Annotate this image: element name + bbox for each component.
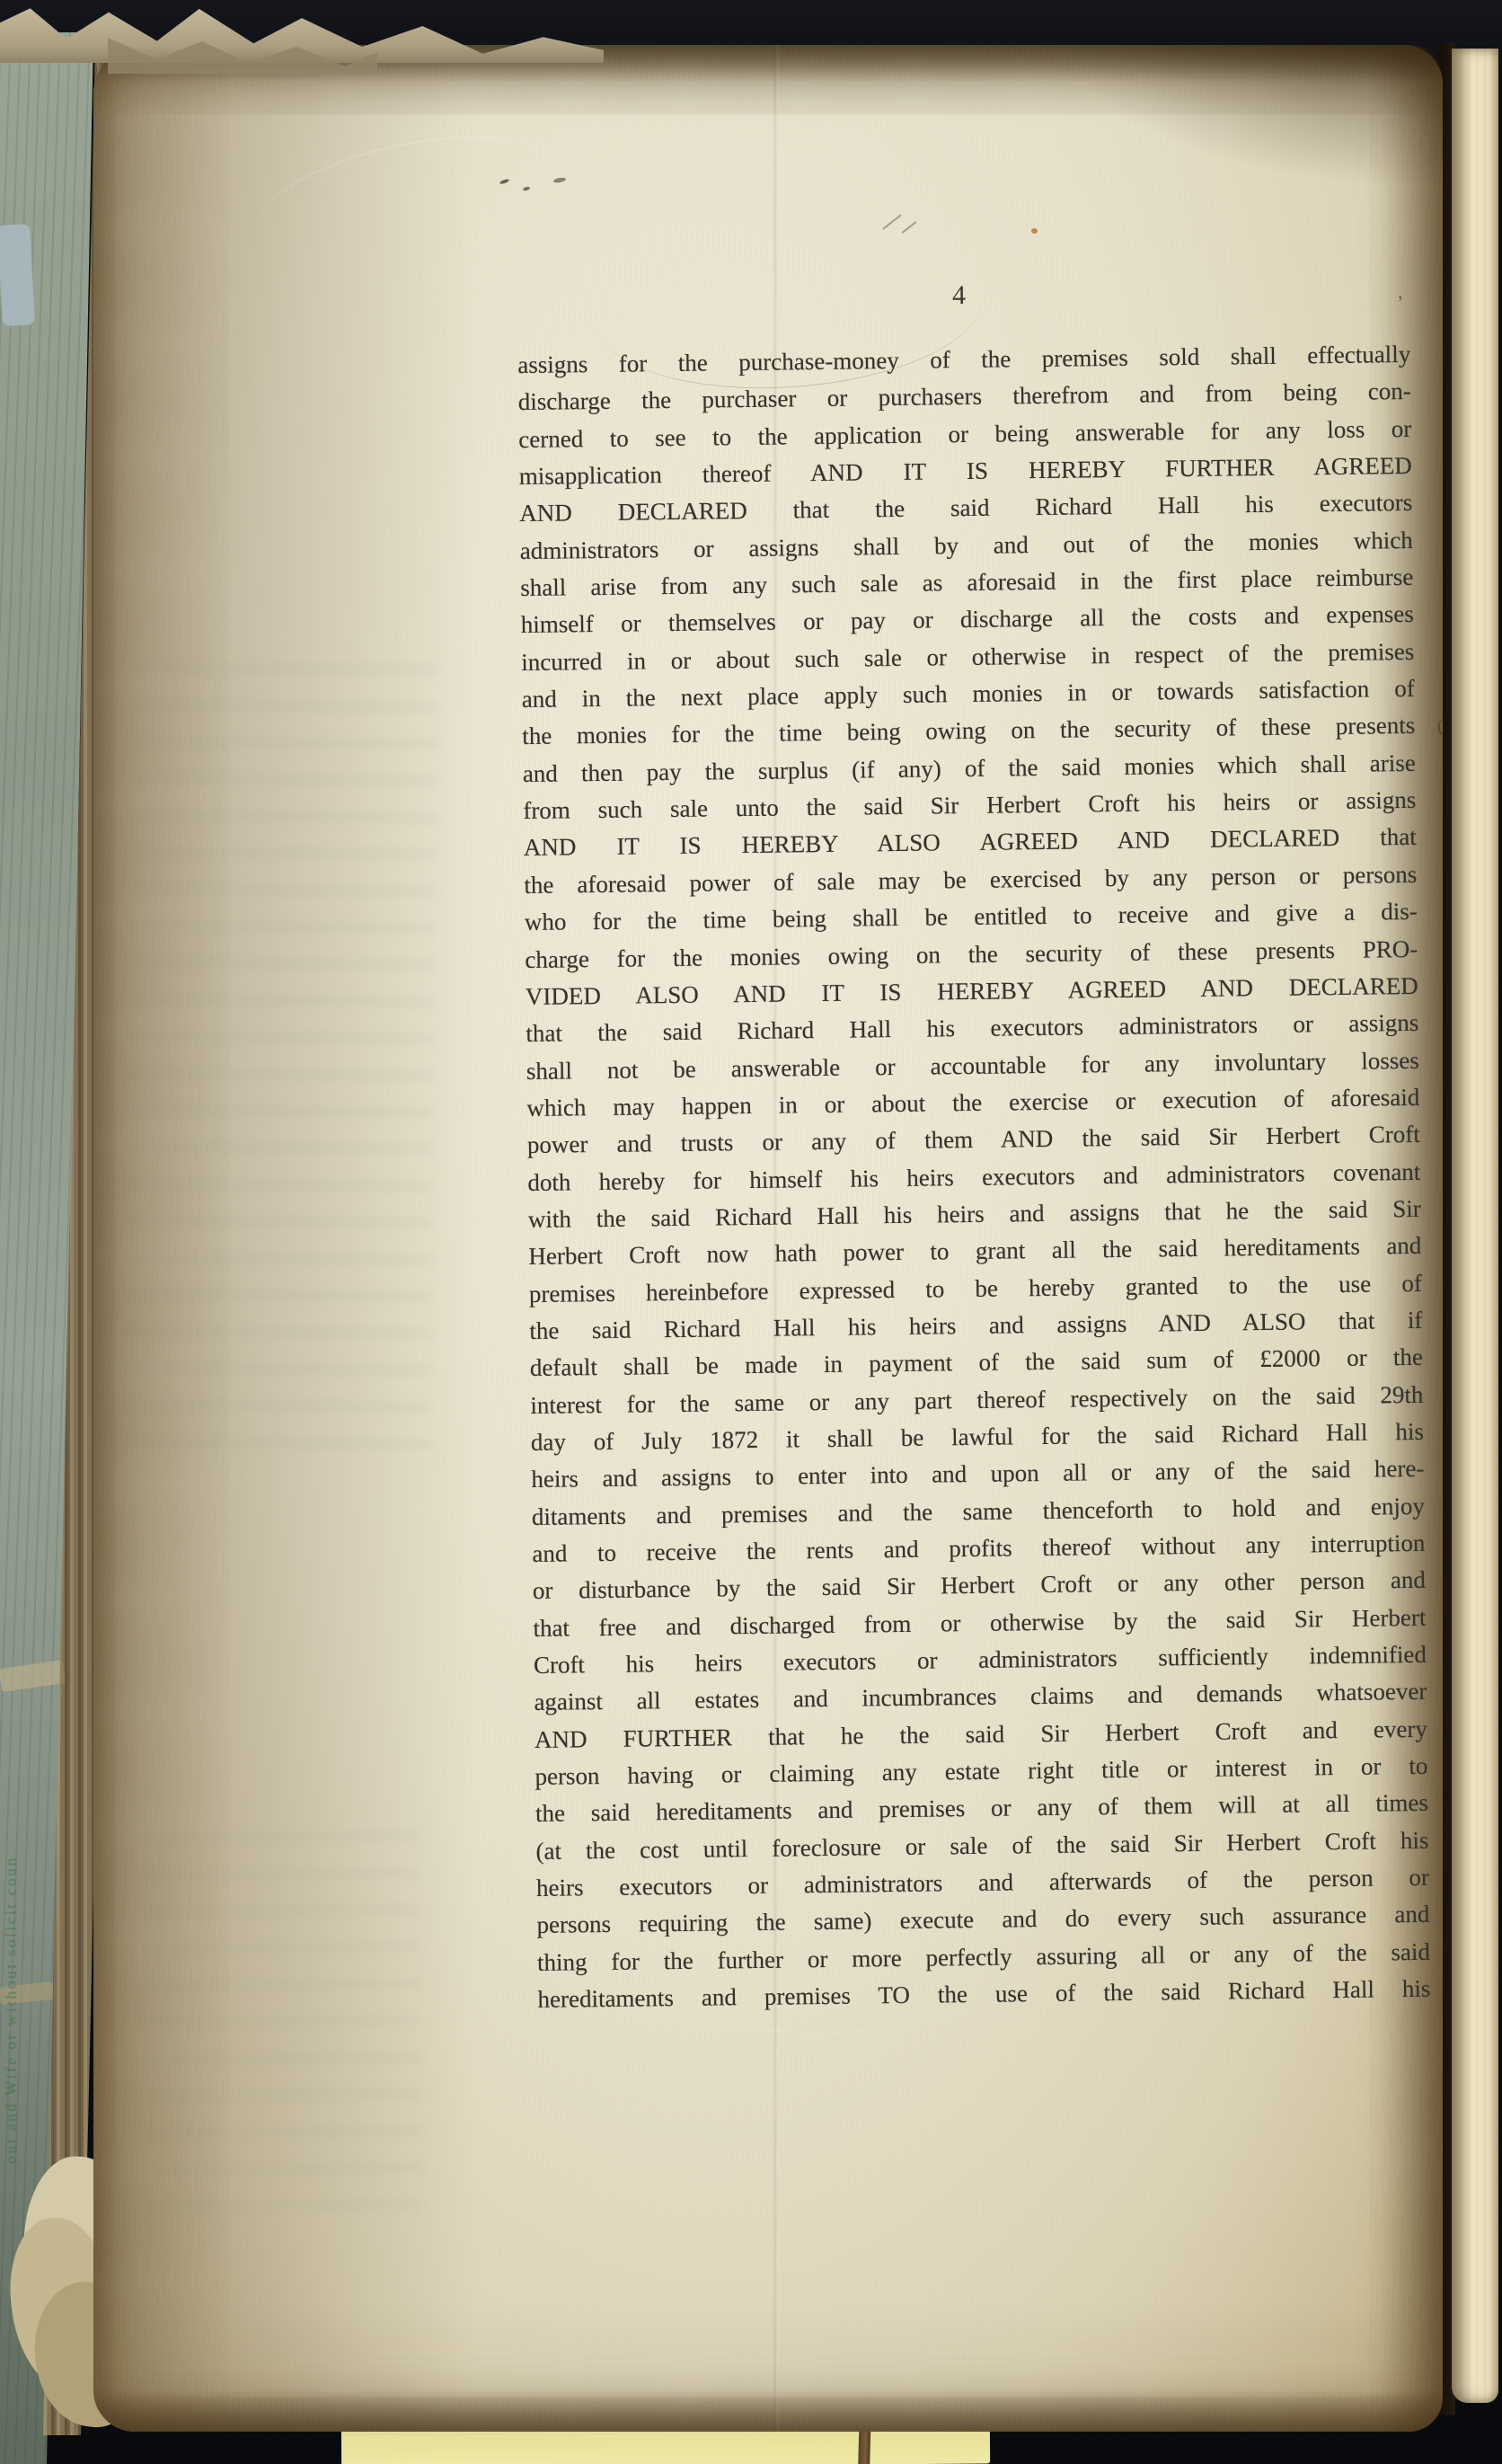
document-line: shall not be answerable or accountable f… xyxy=(526,1041,1419,1089)
document-line: the said Richard Hall his heirs and assi… xyxy=(529,1302,1422,1350)
aged-bottom-edge xyxy=(93,2390,1443,2432)
document-text: assigns for the purchase-money of the pr… xyxy=(517,336,1431,2018)
adjacent-page-edge xyxy=(1452,49,1498,2403)
document-line: AND FURTHER that he the said Sir Herbert… xyxy=(535,1711,1427,1759)
document-line: charge for the monies owing on the secur… xyxy=(525,930,1418,978)
blue-paper-fragment xyxy=(0,224,35,326)
document-line: that the said Richard Hall his executors… xyxy=(526,1005,1418,1052)
ink-speck xyxy=(499,178,510,185)
ink-speck xyxy=(523,186,531,191)
document-line: against all estates and incumbrances cla… xyxy=(534,1673,1427,1721)
document-line: hereditaments and premises TO the use of… xyxy=(537,1971,1430,2018)
document-line: with the said Richard Hall his heirs and… xyxy=(528,1191,1421,1238)
document-line: who for the time being shall be entitled… xyxy=(525,893,1418,941)
document-line: persons requiring the same) execute and … xyxy=(536,1896,1429,1944)
gutter-shadow xyxy=(93,45,480,2432)
page-number: 4 xyxy=(952,280,967,311)
scratch-mark xyxy=(592,220,988,401)
document-page: ’ 4 assigns for the purchase-money of th… xyxy=(93,45,1443,2432)
document-line: day of July 1872 it shall be lawful for … xyxy=(531,1414,1424,1461)
document-line: (at the cost until foreclosure or sale o… xyxy=(535,1822,1428,1870)
document-line: which may happen in or about the exercis… xyxy=(526,1079,1419,1127)
ink-speck xyxy=(553,177,567,183)
ink-speck xyxy=(1031,228,1038,234)
document-line: and to receive the rents and profits the… xyxy=(532,1525,1425,1573)
document-line: from such sale unto the said Sir Herbert… xyxy=(523,782,1416,829)
document-line: interest for the same or any part thereo… xyxy=(530,1376,1423,1423)
document-line: AND IT IS HEREBY ALSO AGREED AND DECLARE… xyxy=(524,819,1417,866)
pencil-mark xyxy=(902,221,917,234)
document-line: assigns for the purchase-money of the pr… xyxy=(517,336,1410,384)
document-line: power and trusts or any of them AND the … xyxy=(527,1116,1420,1164)
aged-right-edge xyxy=(1378,45,1443,2432)
ghost-showthrough xyxy=(126,664,438,1458)
document-line: premises hereinbefore expressed to be he… xyxy=(529,1264,1422,1312)
scratch-mark xyxy=(556,1839,1032,2045)
fold-crease xyxy=(773,45,780,2432)
document-line: Croft his heirs executors or administrat… xyxy=(534,1636,1427,1684)
document-line: the monies for the time being owing on t… xyxy=(522,707,1415,755)
document-line: ditaments and premises and the same then… xyxy=(532,1487,1425,1535)
book-scan-photo: out and Wife or without solicit coun ( ’… xyxy=(0,0,1502,2464)
scratch-mark xyxy=(825,413,1106,550)
document-line: that free and discharged from or otherwi… xyxy=(533,1600,1426,1647)
document-line: himself or themselves or pay or discharg… xyxy=(521,596,1414,643)
aged-corner xyxy=(1065,45,1443,189)
document-line: discharge the purchaser or purchasers th… xyxy=(518,373,1411,421)
pencil-mark xyxy=(882,214,902,230)
document-line: shall arise from any such sale as afores… xyxy=(520,559,1413,607)
document-line: cerned to see to the application or bein… xyxy=(518,411,1411,458)
document-line: misapplication thereof AND IT IS HEREBY … xyxy=(519,448,1412,495)
document-line: Herbert Croft now hath power to grant al… xyxy=(528,1228,1421,1275)
document-line: AND DECLARED that the said Richard Hall … xyxy=(519,484,1412,532)
document-line: heirs and assigns to enter into and upon… xyxy=(531,1450,1424,1498)
spine-vertical-text: out and Wife or without solicit coun xyxy=(2,1734,45,2164)
document-line: default shall be made in payment of the … xyxy=(530,1339,1423,1387)
document-line: and in the next place apply such monies … xyxy=(522,670,1415,718)
edge-tick-mark: ’ xyxy=(1396,291,1407,315)
document-line: VIDED ALSO AND IT IS HEREBY AGREED AND D… xyxy=(526,968,1418,1015)
document-line: person having or claiming any estate rig… xyxy=(535,1748,1427,1795)
document-line: the aforesaid power of sale may be exerc… xyxy=(524,856,1417,904)
document-line: and then pay the surplus (if any) of the… xyxy=(523,745,1416,793)
document-line: the said hereditaments and premises or a… xyxy=(535,1785,1428,1832)
ghost-showthrough xyxy=(142,1831,424,2211)
document-line: administrators or assigns shall by and o… xyxy=(520,522,1413,570)
scratch-mark xyxy=(247,113,569,284)
document-line: thing for the further or more perfectly … xyxy=(537,1934,1430,1981)
document-line: incurred in or about such sale or otherw… xyxy=(521,634,1414,681)
document-line: doth hereby for himself his heirs execut… xyxy=(527,1153,1420,1201)
document-line: or disturbance by the said Sir Herbert C… xyxy=(533,1562,1426,1609)
document-line: heirs executors or administrators and af… xyxy=(536,1859,1429,1907)
